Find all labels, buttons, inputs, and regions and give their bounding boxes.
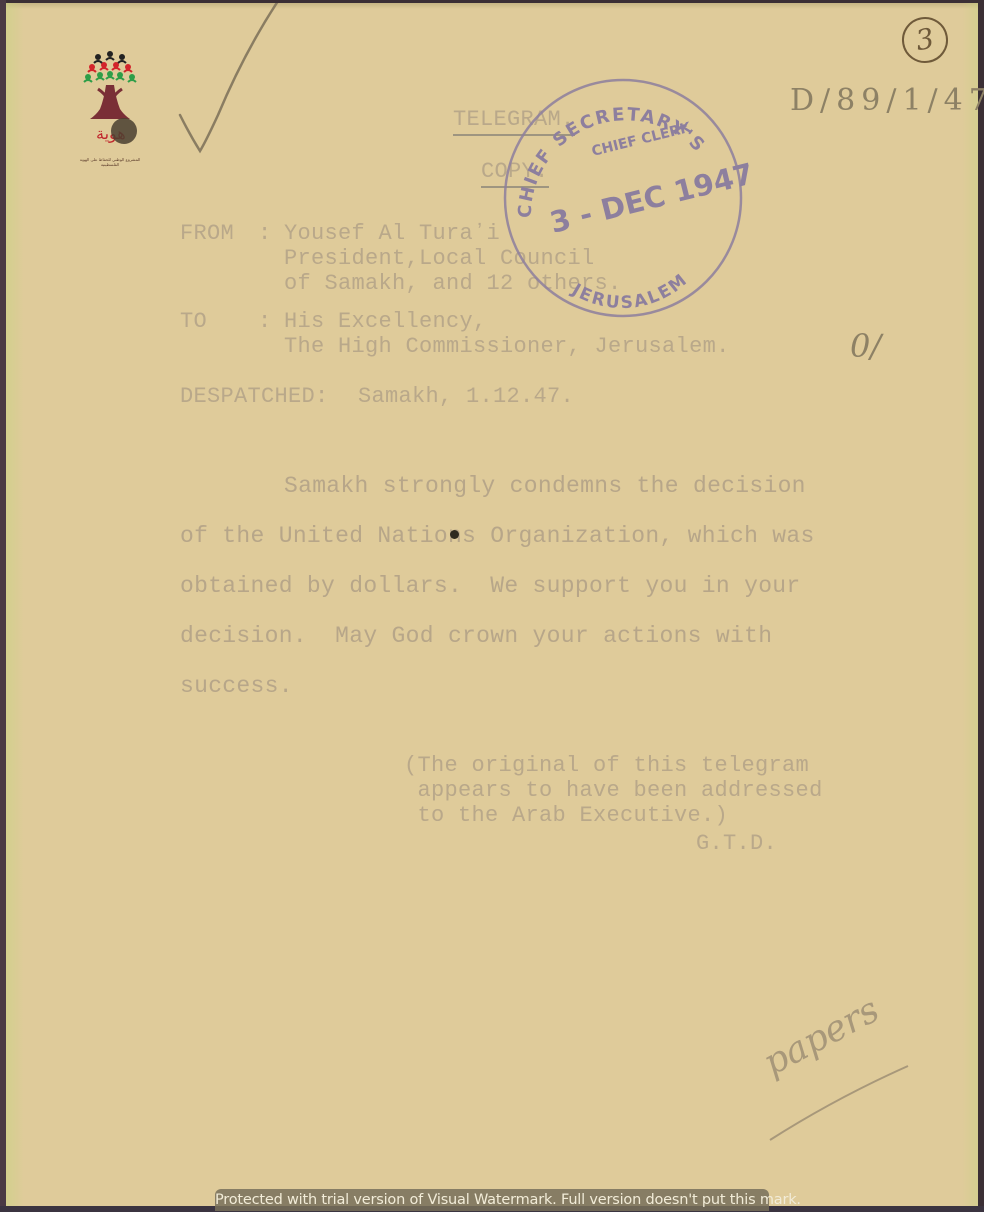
note-line-3: to the Arab Executive.) <box>404 803 728 828</box>
to-line-2: The High Commissioner, Jerusalem. <box>284 334 730 359</box>
svg-text:3 - DEC 1947: 3 - DEC 1947 <box>546 156 751 239</box>
svg-text:JERUSALEM: JERUSALEM <box>568 269 693 313</box>
logo-caption: المشروع الوطني للحفاظ على الهوية الفلسطي… <box>78 157 142 167</box>
to-label: TO <box>180 309 207 334</box>
body-line-5: success. <box>180 661 293 712</box>
ink-blot <box>450 530 459 539</box>
note-line-2: appears to have been addressed <box>404 778 823 803</box>
received-stamp: CHIEF SECRETARY'S JERUSALEM CHIEF CLERK … <box>501 78 751 328</box>
note-line-1: (The original of this telegram <box>404 753 809 778</box>
handwritten-reference: D/89/1/47 <box>790 83 984 118</box>
checkmark-icon <box>174 3 284 158</box>
body-line-4: decision. May God crown your actions wit… <box>180 611 772 662</box>
to-separator: : <box>258 309 272 334</box>
from-label: FROM <box>180 221 234 246</box>
margin-mark: 0/ <box>850 327 881 365</box>
hawiya-logo: هوية المشروع الوطني للحفاظ على الهوية ال… <box>78 49 142 171</box>
to-line-1: His Excellency, <box>284 309 487 334</box>
handwritten-underline <box>766 1058 916 1148</box>
from-line-1: Yousef Al Turaʼi <box>284 221 500 246</box>
body-line-3: obtained by dollars. We support you in y… <box>180 561 801 612</box>
from-separator: : <box>258 221 272 246</box>
body-line-1: Samakh strongly condemns the decision <box>284 461 806 512</box>
body-line-2: of the United Nations Organization, whic… <box>180 511 815 562</box>
page-number-circle: 3 <box>898 13 951 66</box>
tree-of-people-icon: هوية <box>78 49 142 157</box>
document-page: هوية المشروع الوطني للحفاظ على الهوية ال… <box>6 3 978 1207</box>
despatched-label: DESPATCHED: <box>180 384 329 409</box>
page-number: 3 <box>901 16 950 65</box>
despatched-value: Samakh, 1.12.47. <box>358 384 574 409</box>
watermark-banner: Protected with trial version of Visual W… <box>215 1189 769 1211</box>
initials: G.T.D. <box>696 831 777 856</box>
